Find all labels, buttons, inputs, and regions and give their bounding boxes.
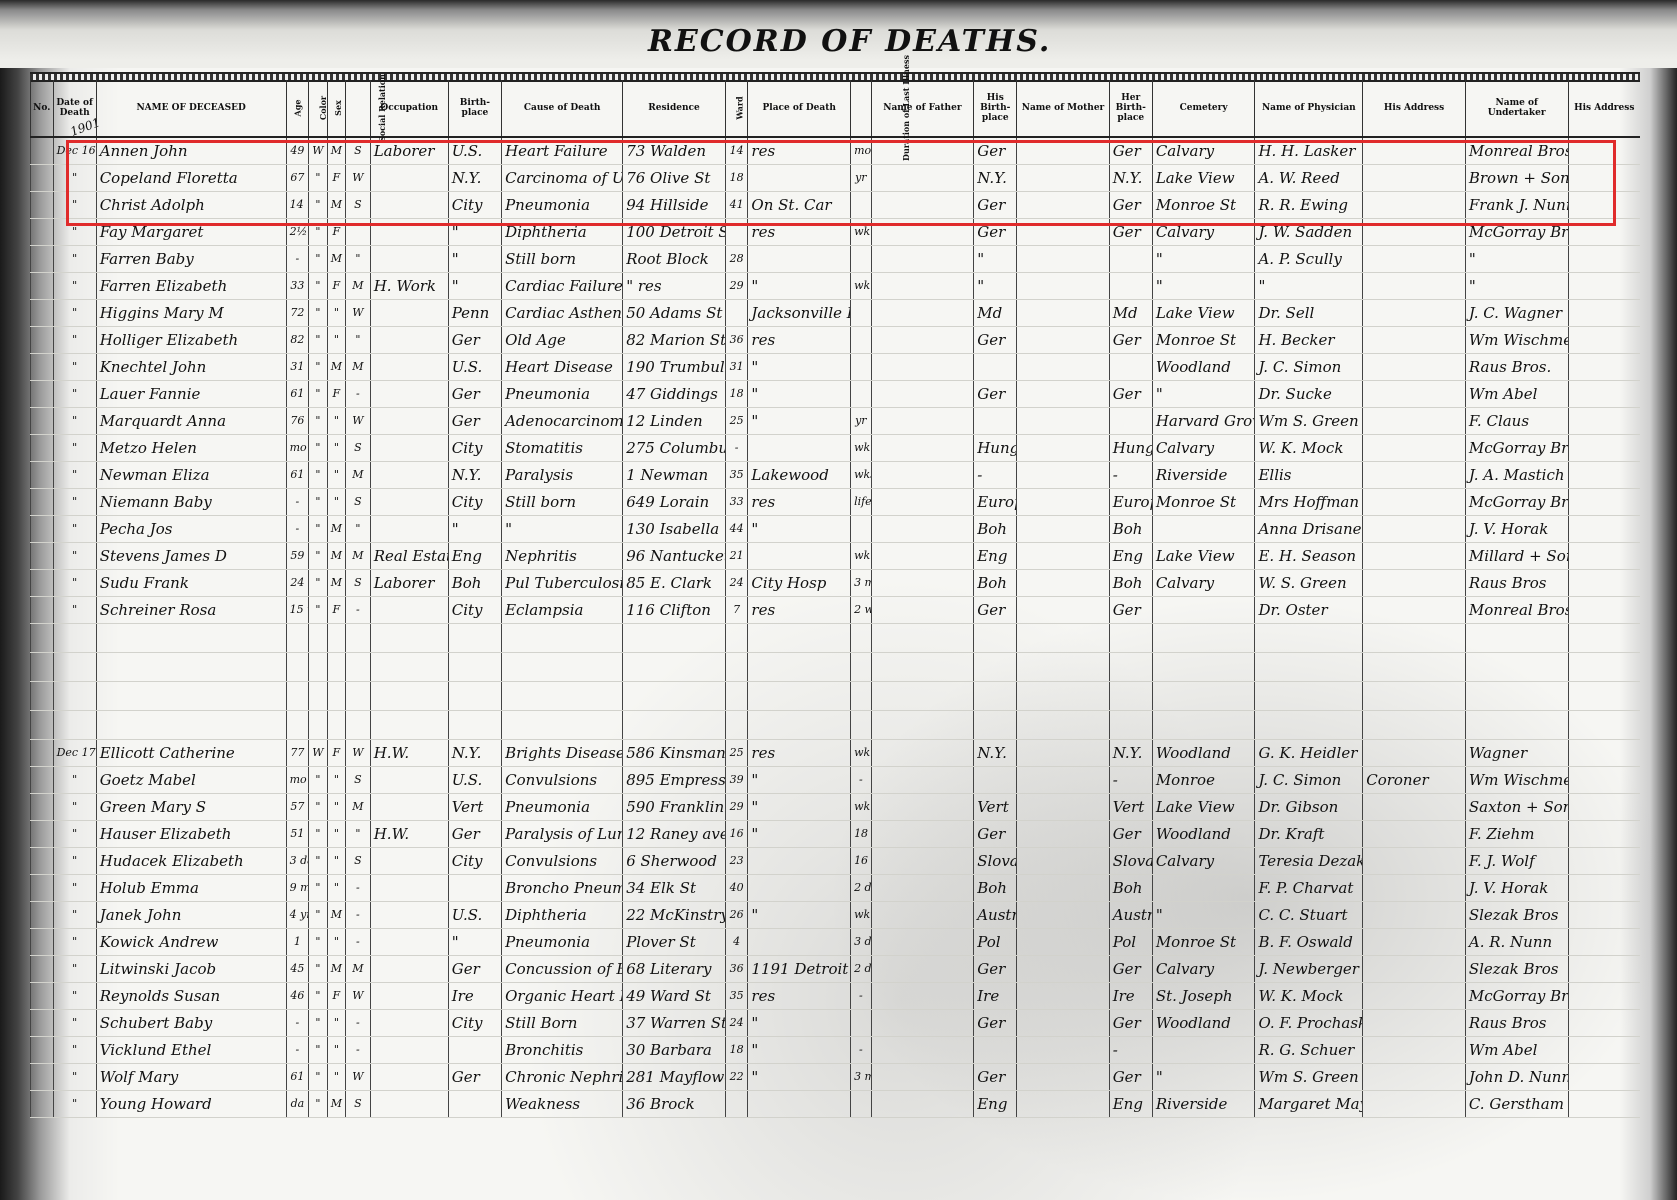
cell-empty [1017, 1010, 1109, 1037]
cell-empty [31, 408, 54, 435]
cell-residence: 590 Franklin [623, 794, 726, 821]
cell-his-address [1363, 597, 1466, 624]
cell-sex: " [327, 1010, 345, 1037]
cell-cause: Pneumonia [502, 381, 623, 408]
cell-cemetery: Woodland [1152, 740, 1255, 767]
cell-undertaker: " [1465, 273, 1568, 300]
cell-color: " [309, 192, 327, 219]
cell-age [286, 653, 309, 682]
cell-occupation [370, 354, 448, 381]
cell-empty [1568, 682, 1640, 711]
table-row: "Wolf Mary61""WGerChronic Nephritis281 M… [31, 1064, 1641, 1091]
cell-social: S [346, 767, 371, 794]
cell-cemetery [1152, 597, 1255, 624]
table-row: "Christ Adolph14 mo"MSCityPneumonia94 Hi… [31, 192, 1641, 219]
cell-residence: 649 Lorain [623, 489, 726, 516]
cell-undertaker: " [1465, 246, 1568, 273]
cell-empty [31, 435, 54, 462]
cell-duration: wk [851, 740, 872, 767]
cell-birthplace: N.Y. [448, 165, 501, 192]
column-header: Birth-place [448, 80, 501, 137]
cell-mother-bp: Ger [1109, 597, 1152, 624]
cell-place [748, 165, 851, 192]
cell-physician: Dr. Sell [1255, 300, 1363, 327]
cell-father-bp: Austria [974, 902, 1017, 929]
cell-cause: Convulsions [502, 848, 623, 875]
cell-age: 15 wks [286, 597, 309, 624]
cell-occupation [370, 327, 448, 354]
cell-birthplace: Ger [448, 381, 501, 408]
death-record-table: No.Date of DeathNAME OF DECEASEDAgeColor… [30, 80, 1640, 1118]
cell-birthplace: " [448, 219, 501, 246]
cell-father-bp: Eng [974, 1091, 1017, 1118]
cell-empty [871, 462, 974, 489]
cell-date: " [53, 597, 96, 624]
cell-color: " [309, 516, 327, 543]
cell-empty [31, 543, 54, 570]
cell-duration: wk [851, 794, 872, 821]
cell-empty [1568, 821, 1640, 848]
cell-mother-bp: Europe [1109, 489, 1152, 516]
cell-empty [871, 219, 974, 246]
cell-social: W [346, 1064, 371, 1091]
cell-empty [871, 381, 974, 408]
cell-cause: Diphtheria [502, 219, 623, 246]
column-header: Social Relation [346, 80, 371, 137]
cell-empty [871, 1064, 974, 1091]
cell-color: " [309, 597, 327, 624]
cell-empty [31, 219, 54, 246]
cell-empty [31, 767, 54, 794]
cell-name: Green Mary S [96, 794, 286, 821]
cell-cause: Diphtheria [502, 902, 623, 929]
cell-ward: 4 [725, 929, 748, 956]
cell-empty [1568, 1091, 1640, 1118]
cell-sex: M [327, 902, 345, 929]
cell-undertaker: Monreal Bros [1465, 137, 1568, 165]
cell-name: Metzo Helen [96, 435, 286, 462]
cell-empty [871, 543, 974, 570]
cell-empty [31, 821, 54, 848]
cell-occupation [370, 516, 448, 543]
cell-date: " [53, 381, 96, 408]
cell-empty [871, 682, 974, 711]
cell-cemetery: Calvary [1152, 219, 1255, 246]
cell-birthplace: " [448, 516, 501, 543]
cell-duration [851, 327, 872, 354]
cell-sex: F [327, 219, 345, 246]
cell-empty [31, 489, 54, 516]
cell-cause [502, 624, 623, 653]
cell-duration: wk [851, 219, 872, 246]
cell-empty [1017, 354, 1109, 381]
cell-name: Litwinski Jacob [96, 956, 286, 983]
cell-empty [1017, 300, 1109, 327]
cell-occupation [370, 767, 448, 794]
cell-empty [871, 165, 974, 192]
cell-empty [31, 711, 54, 740]
cell-father-bp [974, 682, 1017, 711]
cell-color [309, 653, 327, 682]
cell-empty [1568, 956, 1640, 983]
cell-birthplace: Boh [448, 570, 501, 597]
cell-social: W [346, 983, 371, 1010]
cell-ward [725, 1091, 748, 1118]
cell-sex [327, 653, 345, 682]
cell-empty [31, 165, 54, 192]
cell-empty [871, 794, 974, 821]
cell-undertaker: Wm Wischmeier [1465, 327, 1568, 354]
cell-residence: 82 Marion St [623, 327, 726, 354]
cell-empty [871, 192, 974, 219]
cell-empty [1568, 767, 1640, 794]
cell-empty [871, 354, 974, 381]
column-header: His Address [1568, 80, 1640, 137]
cell-name: Kowick Andrew [96, 929, 286, 956]
cell-father-bp: Ger [974, 327, 1017, 354]
cell-cause: Cardiac Failure [502, 273, 623, 300]
cell-birthplace [448, 711, 501, 740]
cell-date [53, 682, 96, 711]
cell-date: " [53, 435, 96, 462]
cell-his-address [1363, 543, 1466, 570]
cell-sex: M [327, 1091, 345, 1118]
cell-social: - [346, 875, 371, 902]
cell-color: " [309, 543, 327, 570]
cell-social: M [346, 543, 371, 570]
cell-duration: - [851, 1037, 872, 1064]
cell-undertaker: Brown + Son [1465, 165, 1568, 192]
cell-social: - [346, 597, 371, 624]
cell-empty [1017, 1091, 1109, 1118]
cell-empty [871, 570, 974, 597]
cell-cause [502, 653, 623, 682]
cell-empty [1017, 570, 1109, 597]
cell-empty [1017, 165, 1109, 192]
cell-date: " [53, 246, 96, 273]
cell-residence: 586 Kinsman [623, 740, 726, 767]
cell-color [309, 682, 327, 711]
cell-cause [502, 682, 623, 711]
cell-cause: Pneumonia [502, 929, 623, 956]
cell-empty [1017, 462, 1109, 489]
cell-residence: 12 Linden [623, 408, 726, 435]
cell-mother-bp: - [1109, 462, 1152, 489]
cell-ward: 40 [725, 875, 748, 902]
cell-color: W [309, 740, 327, 767]
table-row: "Farren Elizabeth33"FMH. Work"Cardiac Fa… [31, 273, 1641, 300]
cell-undertaker: Slezak Bros [1465, 956, 1568, 983]
cell-date: " [53, 543, 96, 570]
cell-social: W [346, 408, 371, 435]
cell-birthplace [448, 1037, 501, 1064]
column-header: Color [309, 80, 327, 137]
cell-empty [1017, 821, 1109, 848]
cell-his-address [1363, 875, 1466, 902]
cell-ward: 26 [725, 902, 748, 929]
cell-undertaker: McGorray Bros [1465, 489, 1568, 516]
cell-empty [31, 597, 54, 624]
cell-birthplace: Ger [448, 327, 501, 354]
cell-residence: 94 Hillside [623, 192, 726, 219]
cell-ward: 41 [725, 192, 748, 219]
cell-social: - [346, 929, 371, 956]
cell-cemetery [1152, 682, 1255, 711]
cell-empty [1568, 929, 1640, 956]
cell-age: - [286, 489, 309, 516]
cell-color: " [309, 273, 327, 300]
cell-name: Schubert Baby [96, 1010, 286, 1037]
cell-residence: 50 Adams St [623, 300, 726, 327]
cell-empty [1568, 246, 1640, 273]
cell-name: Hauser Elizabeth [96, 821, 286, 848]
cell-place: " [748, 1037, 851, 1064]
cell-empty [31, 902, 54, 929]
cell-undertaker: Slezak Bros [1465, 902, 1568, 929]
cell-cemetery: Riverside [1152, 462, 1255, 489]
cell-cemetery: Woodland [1152, 354, 1255, 381]
cell-cause: Bronchitis [502, 1037, 623, 1064]
cell-empty [1568, 354, 1640, 381]
cell-sex: M [327, 570, 345, 597]
cell-his-address [1363, 300, 1466, 327]
cell-empty [1568, 462, 1640, 489]
cell-residence: 895 Empress [623, 767, 726, 794]
cell-place: res [748, 740, 851, 767]
cell-age: 51 [286, 821, 309, 848]
cell-ward: 23 [725, 848, 748, 875]
cell-social: S [346, 489, 371, 516]
cell-physician: R. R. Ewing [1255, 192, 1363, 219]
cell-physician: Wm S. Green [1255, 1064, 1363, 1091]
cell-physician: Dr. Oster [1255, 597, 1363, 624]
cell-empty [871, 956, 974, 983]
cell-mother-bp: Ger [1109, 1064, 1152, 1091]
cell-his-address [1363, 624, 1466, 653]
cell-place: " [748, 767, 851, 794]
cell-his-address [1363, 516, 1466, 543]
table-row: "Janek John4 yr"M-U.S.Diphtheria22 McKin… [31, 902, 1641, 929]
cell-mother-bp [1109, 624, 1152, 653]
cell-father-bp: Ger [974, 1010, 1017, 1037]
cell-mother-bp: Ger [1109, 1010, 1152, 1037]
cell-occupation [370, 711, 448, 740]
table-row: "Holub Emma9 mo""-Broncho Pneumonia34 El… [31, 875, 1641, 902]
cell-residence: 30 Barbara [623, 1037, 726, 1064]
cell-occupation [370, 929, 448, 956]
cell-empty [871, 327, 974, 354]
cell-name: Pecha Jos [96, 516, 286, 543]
table-row: "Stevens James D59"MMReal EstateEngNephr… [31, 543, 1641, 570]
cell-empty [31, 273, 54, 300]
column-header: Date of Death [53, 80, 96, 137]
cell-cause: Cardiac Asthenia Influenza [502, 300, 623, 327]
table-row: "Vicklund Ethel-""-Bronchitis30 Barbara1… [31, 1037, 1641, 1064]
cell-empty [1017, 929, 1109, 956]
table-row: "Metzo Helenmo""SCityStomatitis275 Colum… [31, 435, 1641, 462]
cell-undertaker: Frank J. Nunn [1465, 192, 1568, 219]
cell-place: " [748, 408, 851, 435]
cell-residence: 85 E. Clark [623, 570, 726, 597]
cell-ward [725, 653, 748, 682]
cell-empty [1568, 875, 1640, 902]
cell-sex: " [327, 408, 345, 435]
cell-his-address: Coroner [1363, 767, 1466, 794]
cell-duration: wks [851, 462, 872, 489]
table-row: "Green Mary S57""MVertPneumonia590 Frank… [31, 794, 1641, 821]
cell-empty [1568, 711, 1640, 740]
cell-sex: " [327, 1037, 345, 1064]
cell-empty [871, 137, 974, 165]
cell-father-bp: Ger [974, 137, 1017, 165]
cell-place: City Hosp [748, 570, 851, 597]
cell-cemetery: Monroe St [1152, 327, 1255, 354]
cell-father-bp: Ger [974, 597, 1017, 624]
cell-empty [1568, 543, 1640, 570]
cell-date: " [53, 354, 96, 381]
cell-empty [1017, 516, 1109, 543]
table-row: "Newman Eliza61""MN.Y.Paralysis1 Newman3… [31, 462, 1641, 489]
cell-birthplace: U.S. [448, 902, 501, 929]
cell-cemetery: Lake View [1152, 543, 1255, 570]
table-row: Dec 17Ellicott Catherine77WFWH.W.N.Y.Bri… [31, 740, 1641, 767]
cell-cause: Adenocarcinoma of Stomach [502, 408, 623, 435]
cell-age: 9 mo [286, 875, 309, 902]
cell-ward: 14 [725, 137, 748, 165]
cell-mother-bp [1109, 682, 1152, 711]
cell-his-address [1363, 902, 1466, 929]
cell-undertaker: F. Ziehm [1465, 821, 1568, 848]
cell-ward: 18 [725, 1037, 748, 1064]
cell-age: 31 [286, 354, 309, 381]
cell-social: " [346, 246, 371, 273]
cell-physician: F. P. Charvat [1255, 875, 1363, 902]
cell-duration: - [851, 767, 872, 794]
cell-date: " [53, 983, 96, 1010]
cell-ward: 25 [725, 408, 748, 435]
cell-empty [1017, 273, 1109, 300]
cell-ward: 7 [725, 597, 748, 624]
cell-place: " [748, 354, 851, 381]
cell-sex: " [327, 875, 345, 902]
cell-residence: 76 Olive St [623, 165, 726, 192]
cell-father-bp [974, 354, 1017, 381]
cell-cause: Still born [502, 246, 623, 273]
cell-cemetery: " [1152, 902, 1255, 929]
cell-cause: Concussion of Brain [502, 956, 623, 983]
cell-duration [851, 381, 872, 408]
cell-duration [851, 354, 872, 381]
cell-date: " [53, 273, 96, 300]
cell-duration [851, 246, 872, 273]
cell-occupation: Laborer [370, 570, 448, 597]
cell-empty [871, 1010, 974, 1037]
cell-undertaker: John D. Nunn [1465, 1064, 1568, 1091]
cell-residence [623, 624, 726, 653]
cell-place: res [748, 219, 851, 246]
cell-place: " [748, 273, 851, 300]
cell-birthplace: U.S. [448, 767, 501, 794]
cell-mother-bp: Ger [1109, 219, 1152, 246]
cell-place [748, 246, 851, 273]
cell-place [748, 875, 851, 902]
cell-place: res [748, 597, 851, 624]
cell-empty [871, 902, 974, 929]
cell-empty [1017, 794, 1109, 821]
cell-residence: 22 McKinstry [623, 902, 726, 929]
cell-undertaker: J. V. Horak [1465, 516, 1568, 543]
cell-father-bp: Boh [974, 516, 1017, 543]
cell-social: S [346, 1091, 371, 1118]
cell-mother-bp: Austria [1109, 902, 1152, 929]
column-header: NAME OF DECEASED [96, 80, 286, 137]
cell-place: res [748, 489, 851, 516]
cell-empty [1568, 408, 1640, 435]
cell-empty [31, 956, 54, 983]
cell-cause: Pneumonia [502, 794, 623, 821]
cell-social: S [346, 192, 371, 219]
cell-cemetery: Monroe St [1152, 192, 1255, 219]
cell-cemetery: Lake View [1152, 300, 1255, 327]
cell-father-bp: Ger [974, 219, 1017, 246]
cell-color: " [309, 902, 327, 929]
cell-cemetery: Harvard Grove [1152, 408, 1255, 435]
cell-empty [871, 740, 974, 767]
cell-name: Holub Emma [96, 875, 286, 902]
cell-mother-bp: N.Y. [1109, 740, 1152, 767]
cell-color: " [309, 767, 327, 794]
cell-empty [31, 1064, 54, 1091]
cell-empty [1017, 327, 1109, 354]
cell-age: 72 [286, 300, 309, 327]
cell-empty [1017, 682, 1109, 711]
cell-social [346, 653, 371, 682]
cell-ward: 18 [725, 165, 748, 192]
column-header: Name of Father [871, 80, 974, 137]
cell-cause: Organic Heart Failure [502, 983, 623, 1010]
cell-father-bp: Ger [974, 956, 1017, 983]
cell-cause: Brights Disease [502, 740, 623, 767]
cell-ward: 24 [725, 570, 748, 597]
cell-name [96, 624, 286, 653]
cell-place: On St. Car [748, 192, 851, 219]
cell-name: Fay Margaret [96, 219, 286, 246]
cell-age: 61 [286, 381, 309, 408]
cell-empty [31, 653, 54, 682]
cell-duration: wk [851, 273, 872, 300]
cell-cause: Nephritis [502, 543, 623, 570]
cell-birthplace [448, 624, 501, 653]
cell-undertaker: F. J. Wolf [1465, 848, 1568, 875]
column-header: Cause of Death [502, 80, 623, 137]
cell-ward [725, 219, 748, 246]
cell-his-address [1363, 848, 1466, 875]
cell-his-address [1363, 956, 1466, 983]
cell-empty [1568, 570, 1640, 597]
cell-name: Christ Adolph [96, 192, 286, 219]
cell-empty [1568, 489, 1640, 516]
cell-empty [31, 381, 54, 408]
cell-empty [31, 1010, 54, 1037]
cell-place: " [748, 1064, 851, 1091]
cell-age: 24 [286, 570, 309, 597]
cell-place: Jacksonville Fla [748, 300, 851, 327]
cell-cause: Pul Tuberculosis [502, 570, 623, 597]
cell-ward: 35 [725, 983, 748, 1010]
cell-cemetery: Woodland [1152, 821, 1255, 848]
cell-his-address [1363, 682, 1466, 711]
cell-color: " [309, 219, 327, 246]
